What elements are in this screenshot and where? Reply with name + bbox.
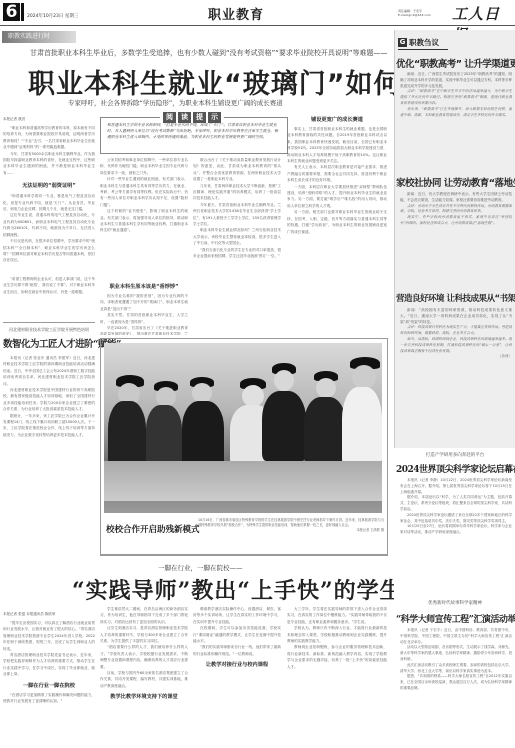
reading-tip-char: 示: [208, 112, 221, 123]
bottom-column-4: 大三学年，学生将在实践导师的带领下进入合作企业顶岗实习，在真实的工作岗位中锻炼能…: [287, 606, 387, 748]
sidebar-story-4: 本报讯（记者 李静）10月22日，2024世界顶尖科学家论坛新闻发布会在上海召开…: [400, 478, 512, 590]
paragraph: 本报讯（记者 张亚东 通讯员 李建军）近日，河北建材职业技术学院工匠学院的第四期…: [3, 355, 95, 387]
page-number-bar: [21, 3, 24, 21]
paragraph: 本报讯（记者 于宏宇）近日，由中国科协、教育部、共青团中央、中国科学院、中国工程…: [400, 628, 512, 645]
paragraph: 职业本科毕业生就业情况如何？兰州石化职业技术大学表示，该校毕业生整体就业率较高，…: [193, 227, 281, 246]
divider: [398, 49, 448, 50]
paragraph: 因为专业名称的“我的差别”，因为专业代码的不同，求职者竟遭遇了加不开的“玻璃门”…: [100, 293, 188, 312]
paragraph: 如今，从高校、科研院所到企业，科技成果转化的渠道越来越多。进一步完善科技成果转化…: [400, 337, 512, 354]
paragraph: 新闻：近日，有大学教授在调研中表示，有些大学生因缺乏劳动技能，不会洗衣做饭，生活…: [400, 192, 512, 204]
paragraph: 这位毕业生说，普通本科的电气工程及其自动化，专业代码为080601，而职业本科电…: [3, 212, 95, 238]
lead-byline: 本报记者 康劲: [3, 117, 25, 122]
paragraph: 让学生到酒店实习，是青岛酒店管理职业技术学院人才培养的重要环节，学校与300多家…: [100, 625, 188, 644]
paragraph: 针对一些毕业生遇到的就业困惑，有关部门表示，职业本科生与普通本科生具有同等学历效…: [100, 176, 188, 208]
paragraph: “我们的实践导师都来自行业一线，他们带来了最新的行业标准和操作规范。”一位教师说…: [193, 644, 281, 657]
paragraph: “提早走出校园实习，可以真正了解酒店行业就业前景和行业发展水平，让我对就业有了很…: [3, 620, 95, 652]
subheading: 铺设更宽广的成长赛道: [287, 116, 387, 123]
paragraph: “和普通本科学的同一专业，都是电气工程及其自动化，但是专业代码不同，就是‘天门’…: [3, 193, 95, 212]
paragraph: 在校期间，学生可以参加各类技能竞赛，学校实行“课岗赛证”融通的教学模式，让学生在…: [193, 625, 281, 644]
paragraph: 几年来，甘肃两所职业技术大学不断创新，按照“工匠精神、理论实践并重”的培养模式，…: [193, 183, 281, 202]
editor-email: E-mail:grrb@163.com: [398, 13, 438, 17]
subheading: 教学比教学环境支持下的课堂: [100, 693, 188, 700]
paragraph: 新闻：“高校拥有丰富的科研资源，推动科技成果转化意义重大。”近日，湖南大学一项科…: [400, 308, 512, 325]
photo-caption-text: 10月16日，广西桂林市临桂区特殊教育学校的学生在桂林旅游学院中餐烹饪专业老师指…: [198, 518, 384, 534]
section-title: 职业教育: [208, 4, 264, 23]
reading-tip-char: 提: [193, 112, 206, 123]
column-tag: 职教实践进行时: [2, 31, 76, 43]
paragraph: 早在2020年，甘肃省出台了《关于推进职业教育高质量发展的意见》，提出要在甘肃职…: [100, 325, 188, 335]
caption-body: 10月16日，广西桂林市临桂区特殊教育学校的学生在桂林旅游学院中餐烹饪专业老师指…: [198, 518, 384, 527]
sidebar-headline-3: 营造良好环境 让科技成果从“书架走上货架”: [396, 292, 514, 304]
sidebar-story-2: 新闻：近日，有大学教授在调研中表示，有些大学生因缺乏劳动技能，不会洗衣做饭，生活…: [400, 192, 512, 282]
subheading: 让教学对接行业与校内课程: [193, 661, 281, 668]
paragraph: 点评：科技成果只有转化为现实生产力，才能真正发挥作用。营造良好的科研环境，需要政…: [400, 325, 512, 337]
paragraph: 近年来，“职教高考”已在多地推开，加大职教本科的招生规模，促进中职、高职、本科职…: [400, 107, 512, 119]
paragraph: 点评：“职教高考”在中职学生升学中的作用越来越大，为中职学生提供了多元化的升学路…: [400, 89, 512, 106]
subheading: 一脚在行业一脚在院校: [3, 682, 95, 689]
paragraph: 2024世界顶尖科学家论坛邀请了来自全球20多个国家和地区的科学家参会，其中包括…: [400, 513, 512, 525]
paragraph: 活动以大型原创话剧、音乐剧等形式，生动展示了钱学森、邓稼先、黄大年等科学家的感人…: [400, 645, 512, 662]
paragraph: 联合出台了《关于推动高质量职业教育发展行动计划》的意见，由此，甘肃成为职业本科教…: [193, 157, 281, 183]
paragraph: 另一方面，相关部门也要对职业本科毕业生的就业给予支持，在招考、入职、定级、晋升等…: [287, 209, 387, 235]
subheading: 无法证明的“弱资证明”: [3, 182, 95, 189]
paragraph: 有关人士表示，本科层次职业教育是对接产业需求、推进产教融合的重要举措，需要全社会…: [287, 164, 387, 183]
reading-tips-text: 和普通本科生学的专业名称相同，“但是专业代码不同，却成了‘天门’”。甘肃省首职业…: [107, 122, 281, 141]
lead-kicker: 甘肃首批职业本科生毕业后，多数学生受追捧，也有少数人碰到“没有考试资格”“要求毕…: [30, 48, 388, 58]
paragraph: 教师到企业挂职锻炼，参与企业的服务管理和技术创新，将行业新技术、新标准、新规范融…: [287, 644, 387, 670]
side-headline: 数智化为工匠人才进阶“赋能”: [3, 336, 95, 350]
paragraph: 10月25日至27日，论坛将同期举办青年科学家论坛、科学家与企业家对话等活动，推…: [400, 524, 512, 536]
paragraph: “希望工程教师的企业认可，但是人事部门说，这个毕业生学历算不算‘统招’，我们说了…: [3, 276, 95, 295]
sidebar-headline-1: 优化“职教高考” 让升学渠道更多元: [396, 56, 514, 70]
subheading: 职业本科生原本该是“香饽饽”: [100, 283, 188, 290]
lead-column-3: 联合出台了《关于推动高质量职业教育发展行动计划》的意见，由此，甘肃成为职业本科教…: [193, 157, 281, 335]
paragraph: 据统计，一年多来，该工匠学院已为合作企业累计开发课程14门，线上线下累计培训职工…: [3, 413, 95, 439]
sidebar-kicker-5: 优秀新时代故事科学家精神: [398, 600, 512, 606]
reading-tip-char: 读: [178, 112, 191, 123]
paragraph: “酒店需要什么样的人才，我们就培养什么样的人才。”学校负责人表示，学校根据行业发…: [100, 644, 188, 670]
sidebar-story-5: 本报讯（记者 于宏宇）近日，由中国科协、教育部、共青团中央、中国科学院、中国工程…: [400, 628, 512, 748]
bottom-column-2: 学生林浩然大二期间，在青岛沿海区的商务酒店实习，作为培训生，他在导师指导下完成了…: [100, 606, 188, 748]
sidebar-kicker-4: 打造产学研用多向奔赴的平台: [398, 452, 512, 458]
paragraph: 河北建材职业技术学院是中国建材行业的骨干高职院校，拥有国家级高技能人才培训基地，…: [3, 387, 95, 413]
paragraph: “职业本科和普通高等学历教育的本科，原本就有不同的培养方向，为何需要职业院校开具…: [3, 125, 95, 151]
reading-tip-char: 阅: [163, 112, 176, 123]
sidebar-column-label: 职教刍议: [409, 37, 439, 48]
paragraph: 此次汇演活动吸引了众多高校师生观看。参演的高校包括北京大学、清华大学、西北工业大…: [400, 663, 512, 675]
lead-column-2: 公务员招考和事业单位招聘中，一些单位将专业名称、代码作为硬性门槛，职业本科毕业生…: [100, 157, 188, 277]
lead-column-1b: “希望工程教师的企业认可，但是人事部门说，这个毕业生学历算不算‘统招’，我们说了…: [3, 276, 95, 321]
paragraph: “我们石油石化专业的学生在专业的对口率很高，很多企业提前来校招聘，学生还没毕业就…: [193, 247, 281, 260]
sidebar-headline-4: 2024世界顶尖科学家论坛启幕在即: [396, 462, 514, 475]
sidebar-credit: （沙河）: [400, 354, 512, 360]
column-icon: G: [398, 38, 407, 47]
editor-info: 责任编辑：于宏宇 E-mail:grrb@163.com: [398, 9, 438, 17]
bottom-headline: “实践导师”教出“上手快”的学生: [72, 574, 403, 605]
paragraph: “在酒店学习更加精准了实践操作和解决问题的能力，使我对行业发展有了更清晰的认知。…: [3, 692, 95, 705]
sidebar-story-3: 新闻：“高校拥有丰富的科研资源，推动科技成果转化意义重大。”近日，湖南大学一项科…: [400, 308, 512, 426]
page-number: 6: [3, 3, 20, 21]
paragraph: 本报讯（记者 李静）10月22日，2024世界顶尖科学家论坛新闻发布会在上海召开…: [400, 478, 512, 495]
paragraph: 今年，甘肃有5000余名职业本科生顺利毕业。作为我国较早探索职业教育本科的省份，…: [3, 151, 95, 177]
paragraph: 新闻：近日，广西招生考试院发布了2025年“职教高考”的通知，明确了对职业本科升…: [400, 72, 512, 89]
divider: [3, 322, 95, 323]
lead-subhead: 专家呼吁，社会各界拆除“学历隐形”，为职业本科生铺设更广阔的成长赛道: [68, 98, 283, 107]
issue-date: 2024年10月23日 星期三: [27, 13, 78, 19]
paragraph: 大三学年，学生将在实践导师的带领下进入合作企业顶岗实习，在真实的工作岗位中锻炼能…: [287, 606, 387, 625]
sidebar-headline-5: “科学大师宣传工程”汇演活动举办: [396, 612, 514, 625]
paragraph: 一方面，本科层次职业大学要加快推进“双师型”教师队伍建设，培养“适销对路”的人才…: [287, 184, 387, 210]
sidebar-column-header: G 职教刍议: [398, 37, 439, 48]
paragraph: 不仅仅是代码，在很多单位招聘中，学历要求中的“统招本科”“全日制本科”，职业本科…: [3, 238, 95, 264]
bottom-byline: 本报记者 张翅 本报通讯员 陈欣荣: [3, 612, 55, 617]
paragraph: 青岛酒店管理职业技术学院党委书记表示，近年来，学校把实践导师制作为人才培养的重要…: [3, 652, 95, 678]
photo-credit: 本报记者 王鸿彬 摄: [198, 528, 384, 533]
paragraph: 学生林浩然大二期间，在青岛沿海区的商务酒店实习，作为培训生，他在导师指导下完成了…: [100, 606, 188, 625]
paragraph: 其实不然。甘肃的首批职业本科毕业生，人学之时，一直被视为是“香饽饽”。: [100, 312, 188, 325]
paragraph: 今年夏天，甘肃首批职业本科毕业生顺利毕业。兰州石化职业技术大学的1438名毕业生…: [193, 202, 281, 228]
paragraph: 事实上，甘肃省首批职业本科生的就业难题，也是全国职业本科教育面临的共性问题。自2…: [287, 126, 387, 164]
lead-column-4: 事实上，甘肃省首批职业本科生的就业难题，也是全国职业本科教育面临的共性问题。自2…: [287, 126, 387, 334]
paragraph: 据悉，“共和国的脊梁——科学大师名校宣传工程”自2012年实施以来，已在全国百余…: [400, 674, 512, 691]
paragraph: 点评：劳动对于学生成长具有不可替代的独特作用。劳动教育需要家庭、学校、社会多方协…: [400, 204, 512, 216]
lead-column-2b: 因为专业名称的“我的差别”，因为专业代码的不同，求职者竟遭遇了加不开的“玻璃门”…: [100, 293, 188, 335]
side-kicker: 河北建材职业技术学院工匠学院开展特色培训: [3, 327, 95, 333]
paragraph: 现实中，有些学校的劳动教育流于形式，家庭中也存在“重智轻劳”的倾向。家校社应形成…: [400, 215, 512, 227]
paragraph: 聘请教学酒店实际操作中心，设置酒店、餐饮、客房等多个实训场所，让学生在真实的工作…: [193, 606, 281, 625]
paragraph: 这个时候的“证书壁垒”，影响了职业本科生的就业。有关部门表示，将加强对用人单位的…: [100, 208, 188, 234]
bottom-column-1: “提早走出校园实习，可以真正了解酒店行业就业前景和行业发展水平，让我对就业有了很…: [3, 620, 95, 748]
bottom-column-3: 聘请教学酒店实际操作中心，设置酒店、餐饮、客房等多个实训场所，让学生在真实的工作…: [193, 606, 281, 748]
lead-column-1: “职业本科和普通高等学历教育的本科，原本就有不同的培养方向，为何需要职业院校开具…: [3, 125, 95, 275]
photo-caption-title: 校校合作开启助残新模式: [106, 523, 200, 535]
side-story-body: 本报讯（记者 张亚东 通讯员 李建军）近日，河北建材职业技术学院工匠学院的第四期…: [3, 355, 95, 555]
news-photo: [104, 343, 382, 513]
paragraph: 目前，学校与国内外60余家知名酒店集团建立了合作关系，共同开发课程、编写教材，共…: [100, 670, 188, 689]
reading-tips-label: 阅 读 提 示: [160, 112, 224, 123]
paragraph: 据介绍，本届论坛以“科学，为了人类共同命运”为主题，包括开幕式、主论坛、系列分论…: [400, 495, 512, 512]
bottom-kicker: 一脚在行业，一脚在院校——: [158, 563, 243, 572]
paragraph: 学校认为，教师只有不断深入行业，才能将行业最新的技术和理念带入课堂。学校积极推动…: [287, 625, 387, 644]
sidebar-headline-2: 家校社协同 让劳动教育“落地生根”: [396, 175, 514, 189]
sidebar-story-1: 新闻：近日，广西招生考试院发布了2025年“职教高考”的通知，明确了对职业本科升…: [400, 72, 512, 168]
paragraph: 公务员招考和事业单位招聘中，一些单位将专业名称、代码作为硬性门槛，职业本科毕业生…: [100, 157, 188, 176]
